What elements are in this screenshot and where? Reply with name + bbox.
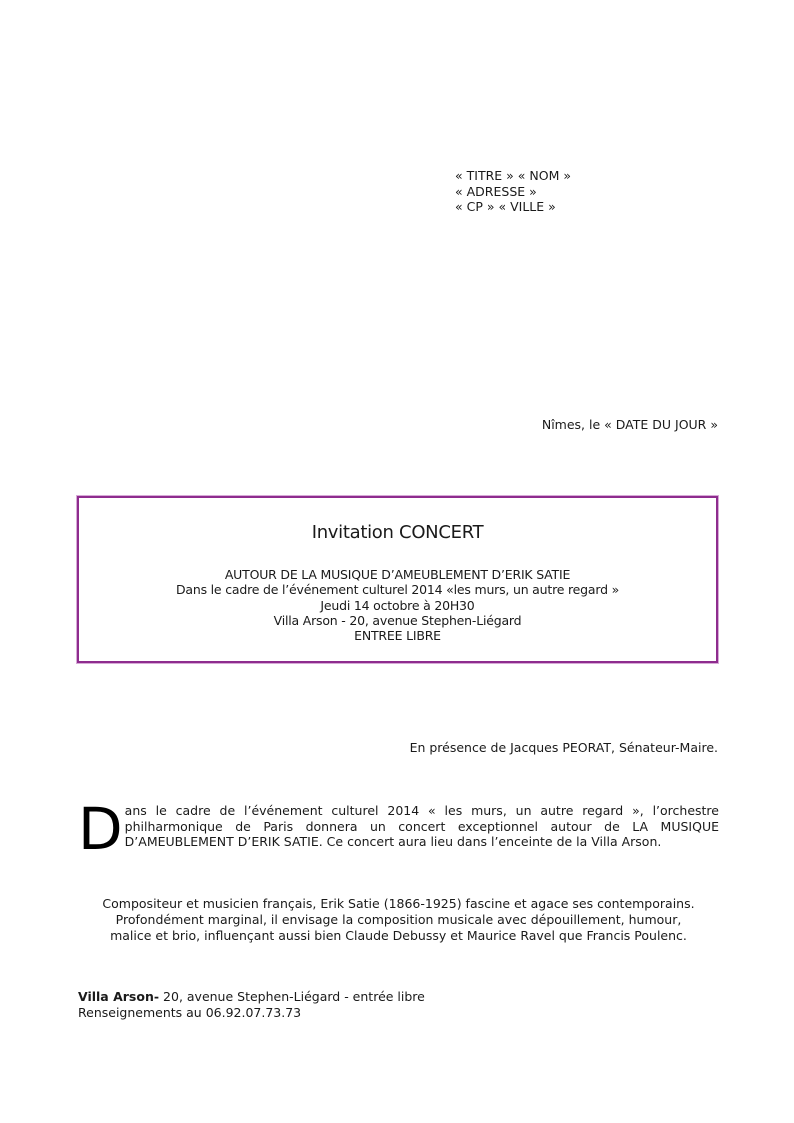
footer-info: Renseignements au 06.92.07.73.73 [78,1005,425,1021]
footer-venue-name: Villa Arson- [78,989,159,1004]
invitation-details: AUTOUR DE LA MUSIQUE D’AMEUBLEMENT D’ERI… [79,567,716,643]
presence-line: En présence de Jacques PEORAT, Sénateur-… [410,740,718,755]
intro-paragraph-text: ans le cadre de l’événement culturel 201… [125,803,719,849]
recipient-street: « ADRESSE » [455,184,571,200]
composer-line: malice et brio, influençant aussi bien C… [78,928,719,944]
invitation-entry: ENTREE LIBRE [79,628,716,643]
recipient-city: « CP » « VILLE » [455,199,571,215]
intro-paragraph: D ans le cadre de l’événement culturel 2… [78,803,719,852]
invitation-date: Jeudi 14 octobre à 20H30 [79,598,716,613]
invitation-title: Invitation CONCERT [79,522,716,543]
recipient-title-name: « TITRE » « NOM » [455,168,571,184]
invitation-box: Invitation CONCERT AUTOUR DE LA MUSIQUE … [77,496,718,663]
composer-line: Compositeur et musicien français, Erik S… [78,896,719,912]
invitation-venue: Villa Arson - 20, avenue Stephen-Liégard [79,613,716,628]
composer-line: Profondément marginal, il envisage la co… [78,912,719,928]
drop-cap: D [78,806,123,852]
composer-paragraph: Compositeur et musicien français, Erik S… [78,896,719,944]
footer: Villa Arson- 20, avenue Stephen-Liégard … [78,989,425,1021]
date-line: Nîmes, le « DATE DU JOUR » [542,417,718,432]
recipient-address: « TITRE » « NOM » « ADRESSE » « CP » « V… [455,168,571,215]
footer-venue: Villa Arson- 20, avenue Stephen-Liégard … [78,989,425,1005]
footer-venue-address: 20, avenue Stephen-Liégard - entrée libr… [159,989,425,1004]
invitation-subtitle: AUTOUR DE LA MUSIQUE D’AMEUBLEMENT D’ERI… [79,567,716,582]
invitation-context: Dans le cadre de l’événement culturel 20… [79,582,716,597]
